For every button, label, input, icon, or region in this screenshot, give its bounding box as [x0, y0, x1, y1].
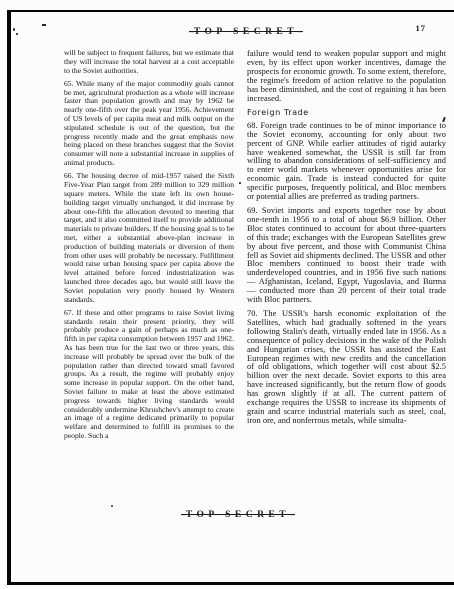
scanned-document-page: TOP SECRET 17 will be subject to frequen… [0, 0, 454, 589]
ink-speckle [42, 24, 46, 26]
ink-speckle [16, 33, 18, 35]
paragraph-67: 67. If these and other programs to raise… [64, 309, 234, 441]
ink-speckle [111, 505, 113, 507]
page-number: 17 [416, 23, 427, 33]
paragraph-65: 65. While many of the major commodity go… [64, 80, 234, 168]
paragraph-continuation-right: failure would tend to weaken popular sup… [247, 50, 446, 104]
ink-speckle [13, 28, 15, 31]
right-text-column: failure would tend to weaken popular sup… [247, 50, 446, 426]
paragraph-68: 68. Foreign trade continues to be of min… [247, 122, 446, 203]
top-secret-marking: TOP SECRET [189, 27, 303, 37]
top-secret-marking-footer: TOP SECRET [181, 510, 295, 520]
paragraph-70: 70. The USSR's harsh economic exploitati… [247, 310, 446, 426]
header-classification-banner: TOP SECRET [64, 21, 428, 39]
ink-speckle [239, 182, 241, 184]
section-heading-foreign-trade: Foreign Trade [247, 108, 446, 117]
page-border-top [7, 10, 454, 12]
paragraph-66: 66. The housing decree of mid-1957 raise… [64, 172, 234, 304]
page-border-bottom [7, 582, 454, 585]
page-border-left [7, 10, 11, 585]
left-text-column: will be subject to frequent failures, bu… [64, 49, 234, 441]
paragraph-continuation: will be subject to frequent failures, bu… [64, 49, 234, 75]
paragraph-69: 69. Soviet imports and exports together … [247, 207, 446, 305]
